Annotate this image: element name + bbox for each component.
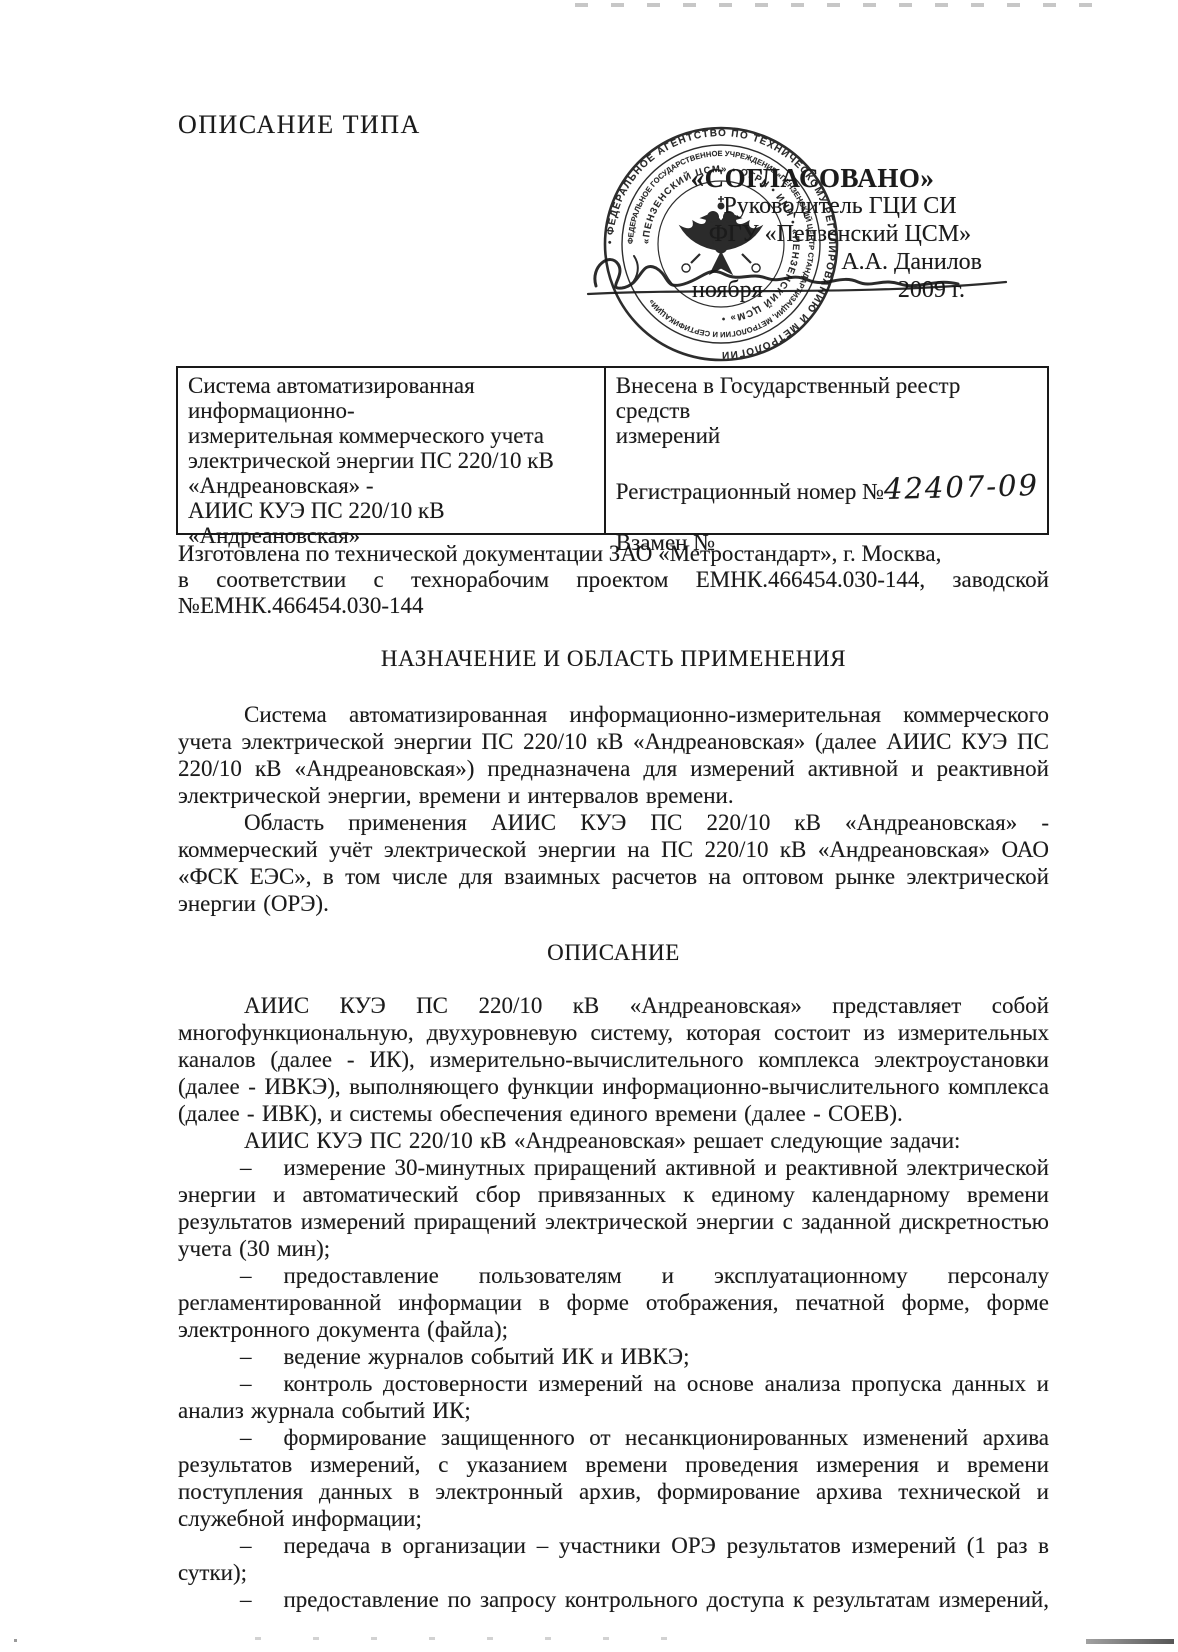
registry-entered-line: Внесена в Государственный реестр средств xyxy=(616,373,1039,423)
task-dash: – xyxy=(240,1587,252,1612)
scan-artifact-bottom-dash xyxy=(1086,1639,1174,1644)
description-paragraph-1: АИИС КУЭ ПС 220/10 кВ «Андреановская» пр… xyxy=(178,992,1049,1127)
task-text: предоставление по запросу контрольного д… xyxy=(284,1587,1050,1612)
approval-role-line: Руководитель ГЦИ СИ xyxy=(660,192,1020,220)
system-name-line: «Андреановская» - xyxy=(188,473,596,498)
document-title: ОПИСАНИЕ ТИПА xyxy=(178,110,421,140)
registration-number-handwritten-value: 42407-09 xyxy=(884,471,1040,504)
task-item: –контроль достоверности измерений на осн… xyxy=(178,1370,1049,1424)
registration-number-row: Регистрационный номер №42407-09 xyxy=(616,475,1039,506)
system-name-line: АИИС КУЭ ПС 220/10 кВ «Андреановская» xyxy=(188,498,596,548)
task-text: ведение журналов событий ИК и ИВКЭ; xyxy=(284,1344,690,1369)
task-item: –передача в организации – участники ОРЭ … xyxy=(178,1532,1049,1586)
manufactured-line: №ЕМНК.466454.030-144 xyxy=(178,593,1049,619)
task-text: формирование защищенного от несанкционир… xyxy=(178,1425,1049,1531)
task-text: передача в организации – участники ОРЭ р… xyxy=(178,1533,1049,1585)
task-text: контроль достоверности измерений на осно… xyxy=(178,1371,1049,1423)
task-dash: – xyxy=(240,1371,252,1396)
task-item: –измерение 30-минутных приращений активн… xyxy=(178,1154,1049,1262)
registry-table: Система автоматизированная информационно… xyxy=(176,366,1049,535)
purpose-paragraph-1: Система автоматизированная информационно… xyxy=(178,701,1049,809)
task-dash: – xyxy=(240,1155,252,1180)
task-dash: – xyxy=(240,1344,252,1369)
task-item: –предоставление пользователям и эксплуат… xyxy=(178,1262,1049,1343)
system-name-cell: Система автоматизированная информационно… xyxy=(178,368,606,533)
task-item: –ведение журналов событий ИК и ИВКЭ; xyxy=(178,1343,1049,1370)
handwritten-signature xyxy=(582,238,1012,313)
system-name-line: измерительная коммерческого учета xyxy=(188,423,596,448)
registry-info-cell: Внесена в Государственный реестр средств… xyxy=(606,368,1047,533)
description-section-heading: ОПИСАНИЕ xyxy=(178,939,1049,966)
system-name-line: электрической энергии ПС 220/10 кВ xyxy=(188,448,596,473)
manufactured-line: в соответствии с технорабочим проектом Е… xyxy=(178,567,1049,593)
task-text: предоставление пользователям и эксплуата… xyxy=(178,1263,1049,1342)
purpose-paragraph-2: Область применения АИИС КУЭ ПС 220/10 кВ… xyxy=(178,809,1049,917)
registry-entered-line: измерений xyxy=(616,423,1039,448)
task-dash: – xyxy=(240,1263,252,1288)
scan-artifact-top xyxy=(575,3,1100,7)
purpose-section-heading: НАЗНАЧЕНИЕ И ОБЛАСТЬ ПРИМЕНЕНИЯ xyxy=(178,646,1049,672)
scan-artifact-dot xyxy=(14,1639,17,1642)
document-body: Система автоматизированная информационно… xyxy=(178,701,1049,1613)
replaces-number-label: Взамен № xyxy=(616,530,1039,555)
task-text: измерение 30-минутных приращений активно… xyxy=(178,1155,1049,1261)
task-item: –формирование защищенного от несанкциони… xyxy=(178,1424,1049,1532)
scanned-document-page: ОПИСАНИЕ ТИПА • ФЕДЕРАЛЬНОЕ АГЕНТСТВО ПО… xyxy=(0,0,1178,1652)
task-item: –предоставление по запросу контрольного … xyxy=(178,1586,1049,1613)
task-dash: – xyxy=(240,1533,252,1558)
description-paragraph-2: АИИС КУЭ ПС 220/10 кВ «Андреановская» ре… xyxy=(178,1127,1049,1154)
task-dash: – xyxy=(240,1425,252,1450)
approval-status-label: «СОГЛАСОВАНО» xyxy=(660,164,1020,192)
registration-number-label: Регистрационный номер № xyxy=(616,479,884,504)
scan-artifact-bottom-specks xyxy=(255,1637,675,1640)
system-name-line: Система автоматизированная информационно… xyxy=(188,373,596,423)
